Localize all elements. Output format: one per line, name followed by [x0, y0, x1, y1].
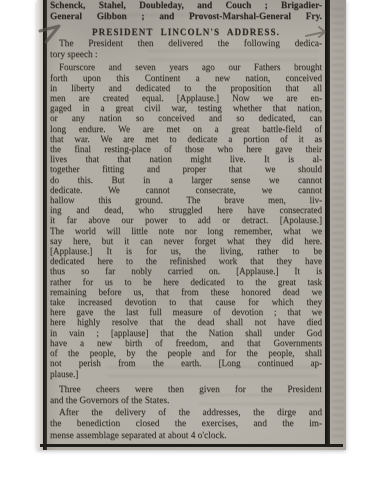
bottom-rule-icon	[40, 444, 343, 447]
speech-line: not perish from the earth. [Long continu…	[50, 358, 322, 368]
text-column: Schenck, Stahel, Doubleday, and Couch ; …	[50, 0, 322, 443]
ink-bleedthrough	[332, 8, 344, 438]
aftermath-line: After the delivery of the addresses, the…	[50, 408, 322, 420]
speech-line: of the people, by the people and for the…	[50, 348, 322, 358]
speech-line: plause.]	[50, 369, 322, 379]
speech-line: long endure. We are met on a great battl…	[50, 124, 322, 134]
speech-line: lives that that nation might live. It is…	[50, 154, 322, 164]
pencil-tick-mark-icon	[305, 25, 331, 41]
speech-line: in vain ; [applause] that the Nation sha…	[50, 328, 322, 338]
speech-line: the final resting-place of those who her…	[50, 144, 322, 154]
intro-paragraph: The President then delivered the followi…	[50, 39, 322, 61]
speech-line: men are created equal. [Applause.] Now w…	[50, 93, 322, 103]
pre-headline-line: Schenck, Stahel, Doubleday, and Couch ; …	[50, 1, 322, 12]
headline: PRESIDENT LINCOLN'S ADDRESS.	[50, 26, 322, 38]
aftermath-line: mense assemblage separated at about 4 o'…	[50, 431, 322, 443]
speech-line: it far above our power to add or detract…	[50, 215, 322, 225]
speech-line: in liberty and dedicated to the proposit…	[50, 83, 322, 93]
speech-line: that war. We are met to dedicate a porti…	[50, 134, 322, 144]
speech-line: [Applause.] It is for us, the living, ra…	[50, 246, 322, 256]
aftermath-line: Three cheers were then given for the Pre…	[50, 385, 322, 397]
speech-line: rather for us to be here dedicated to th…	[50, 277, 322, 287]
newspaper-clipping: Schenck, Stahel, Doubleday, and Couch ; …	[37, 0, 346, 450]
column-rule-left-icon	[43, 0, 47, 450]
speech-line: The world will little note nor long reme…	[50, 226, 322, 236]
intro-line: tory speech :	[50, 50, 322, 61]
speech-line: take increased devotion to that cause fo…	[50, 297, 322, 307]
speech-line: hallow this ground. The brave men, liv-	[50, 195, 322, 205]
aftermath-line: and the Governors of the States.	[50, 396, 322, 408]
speech-line: here gave the last full measure of devot…	[50, 307, 322, 317]
speech-line: or any nation so conceived and so dedica…	[50, 113, 322, 123]
speech-line: do this. But in a larger sense we cannot	[50, 175, 322, 185]
speech-line: here highly resolve that the dead shall …	[50, 317, 322, 327]
pencil-arrow-mark-icon	[38, 22, 64, 44]
speech-line: dedicate. We cannot consecrate, we canno…	[50, 185, 322, 195]
speech-line: together fitting and proper that we shou…	[50, 164, 322, 174]
speech-line: have a new birth of freedom, and that Go…	[50, 338, 322, 348]
speech-paragraph: Fourscore and seven years ago our Father…	[50, 62, 322, 378]
intro-line: The President then delivered the followi…	[50, 39, 322, 50]
speech-line: say here, but it can never forget what t…	[50, 236, 322, 246]
pre-headline-line: General Gibbon ; and Provost-Marshal-Gen…	[50, 12, 322, 23]
speech-line: thus so far nobly carried on. [Applause.…	[50, 266, 322, 276]
speech-line: Fourscore and seven years ago our Father…	[50, 62, 322, 72]
speech-line: remaining before us, that from these hon…	[50, 287, 322, 297]
aftermath-line: the benediction closed the exercises, an…	[50, 419, 322, 431]
page-background: Schenck, Stahel, Doubleday, and Couch ; …	[0, 0, 371, 480]
speech-line: gaged in a great civil war, testing whet…	[50, 103, 322, 113]
aftermath-paragraph: Three cheers were then given for the Pre…	[50, 385, 322, 443]
pre-headline-paragraph: Schenck, Stahel, Doubleday, and Couch ; …	[50, 0, 322, 23]
speech-line: ing and dead, who struggled here have co…	[50, 205, 322, 215]
speech-line: forth upon this Continent a new nation, …	[50, 73, 322, 83]
speech-line: dedicated here to the refinished work th…	[50, 256, 322, 266]
